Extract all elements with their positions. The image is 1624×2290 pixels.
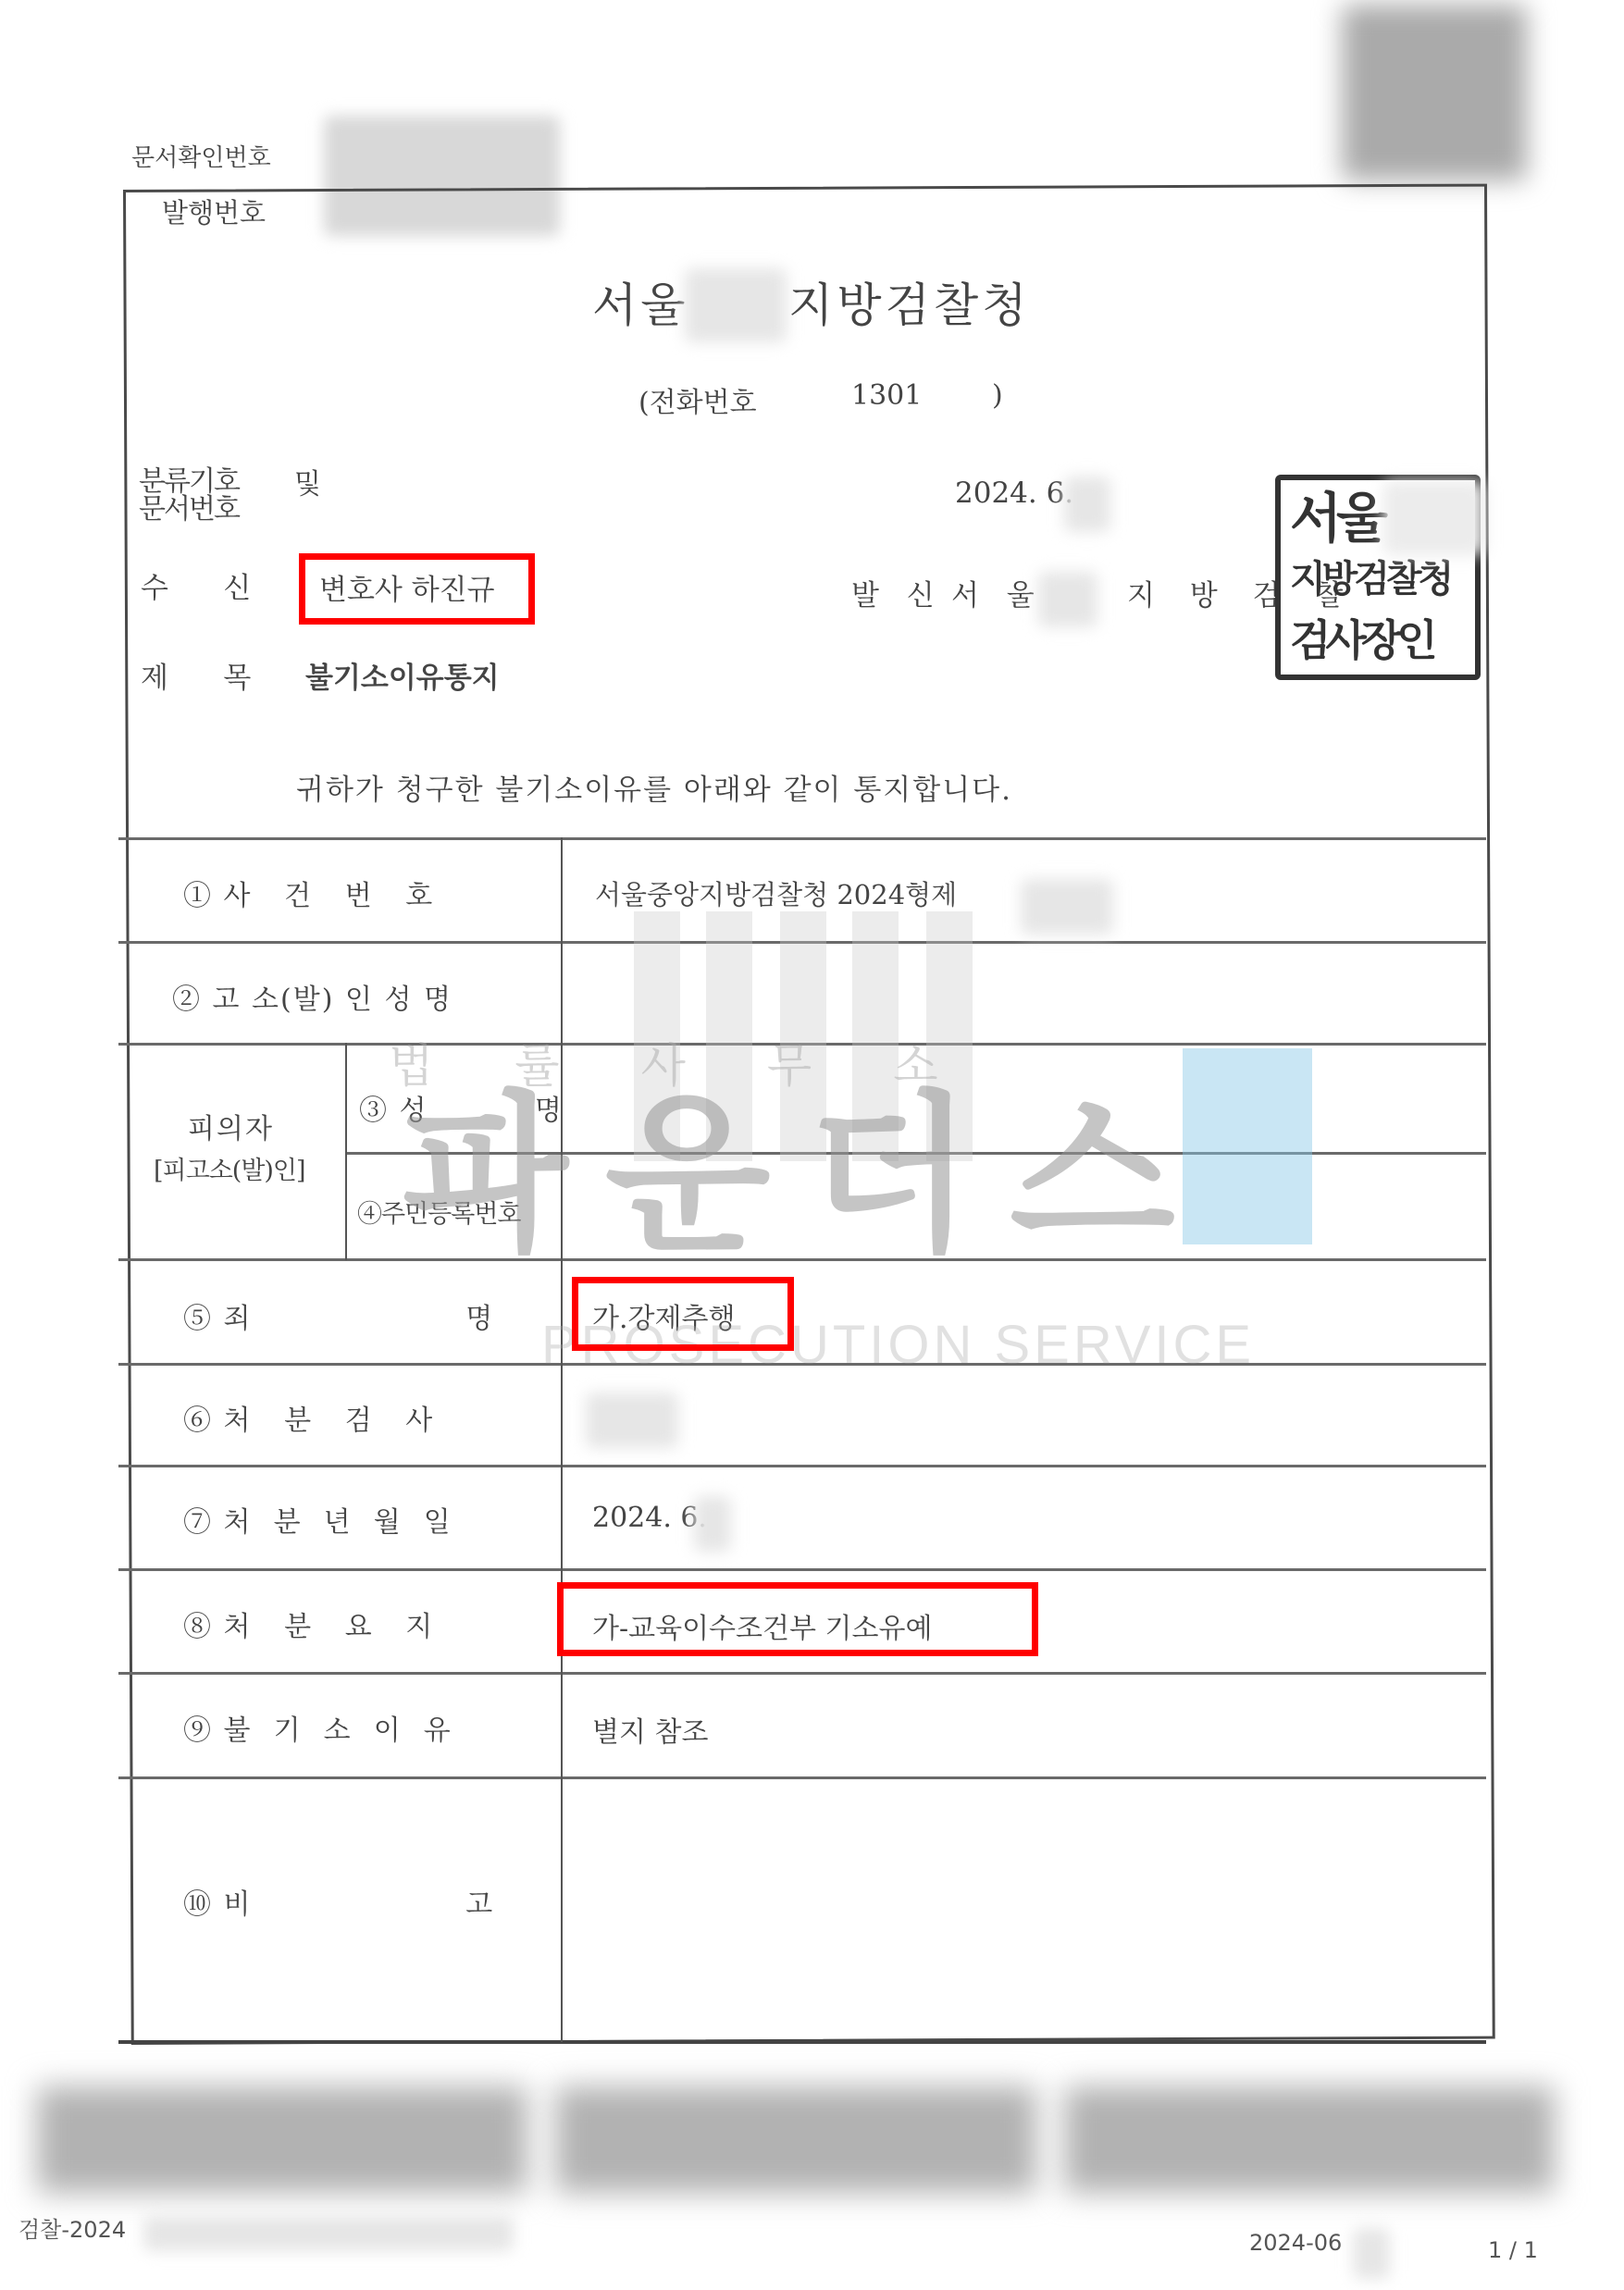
column-divider: [561, 837, 563, 2042]
document-date: 2024. 6.: [955, 477, 1073, 510]
office-title-suffix: 지방검찰청: [788, 268, 1031, 335]
redacted-footer-code: [143, 2216, 514, 2251]
issue-number-label: 발행번호: [162, 192, 266, 230]
classification-and: 및: [294, 461, 321, 501]
charge-highlight: [572, 1277, 794, 1351]
label-non-indictment-reason: ⑨ 불 기 소 이 유: [183, 1707, 452, 1748]
row-divider: [118, 1672, 1486, 1675]
phone-label: (전화번호: [638, 379, 757, 420]
redacted-case-number: [1021, 879, 1113, 935]
phone-close: ): [992, 379, 1003, 412]
footer-date: 2024-06: [1249, 2230, 1342, 2256]
office-title-prefix: 서울: [592, 268, 689, 335]
recipient-highlight: [299, 553, 535, 625]
value-non-indictment-reason: 별지 참조: [592, 1709, 708, 1750]
sender-prefix: 서 울: [951, 572, 1044, 613]
redacted-corner: [1342, 5, 1527, 180]
table-bottom: [118, 2040, 1486, 2044]
row-divider: [118, 1568, 1486, 1571]
doc-check-number-label: 문서확인번호: [131, 139, 271, 173]
redacted-seal: [1383, 481, 1485, 555]
label-prosecutor: ⑥ 처 분 검 사: [183, 1397, 434, 1438]
redacted-footer-2: [555, 2086, 1036, 2193]
footer-page: 1 / 1: [1488, 2237, 1538, 2263]
intro-sentence: 귀하가 청구한 불기소이유를 아래와 같이 통지합니다.: [296, 766, 1012, 808]
sub-column-divider: [345, 1043, 347, 1260]
phone-value: 1301: [851, 379, 922, 412]
label-suspect-group-2: [피고소(발)인]: [154, 1150, 305, 1186]
watermark-logo-accent: [1183, 1048, 1312, 1244]
seal-line-3: 검사장인: [1290, 610, 1466, 671]
disposition-highlight: [557, 1582, 1038, 1656]
redacted-sender: [1038, 572, 1097, 627]
redacted-footer-3: [1064, 2086, 1555, 2193]
subject-value: 불기소이유통지: [305, 654, 500, 696]
recipient-label: 수 신: [141, 564, 254, 606]
row-divider: [118, 1465, 1486, 1467]
label-disposition-date: ⑦ 처 분 년 월 일: [183, 1499, 452, 1540]
label-charge: ⑤ 죄 명: [183, 1295, 494, 1336]
label-case-number: ① 사 건 번 호: [183, 873, 434, 913]
sender-label: 발 신: [851, 572, 944, 613]
value-case-number: 서울중앙지방검찰청 2024형제: [595, 874, 957, 912]
redacted-prosecutor: [586, 1393, 678, 1448]
watermark-brand-text: 파운더스: [403, 1083, 1212, 1268]
redacted-footer-1: [37, 2086, 527, 2193]
footer-doc-code: 검찰-2024: [19, 2211, 126, 2244]
classification-label-2: 문서번호: [139, 486, 239, 526]
label-suspect-group-1: 피의자: [188, 1106, 274, 1146]
redacted-footer-date: [1353, 2228, 1390, 2279]
label-remarks: ⑩ 비 고: [183, 1881, 494, 1922]
seal-line-2: 지방검찰청: [1290, 549, 1466, 610]
redacted-office: [685, 268, 787, 342]
redacted-disposition-day: [694, 1496, 731, 1552]
row-divider: [118, 1776, 1486, 1779]
subject-label: 제 목: [141, 654, 254, 696]
redacted-date-day: [1064, 477, 1110, 532]
label-disposition-summary: ⑧ 처 분 요 지: [183, 1603, 434, 1644]
row-divider: [118, 837, 1486, 840]
value-disposition-date: 2024. 6.: [592, 1502, 707, 1534]
label-complainant: ② 고 소(발) 인 성 명: [172, 976, 452, 1017]
